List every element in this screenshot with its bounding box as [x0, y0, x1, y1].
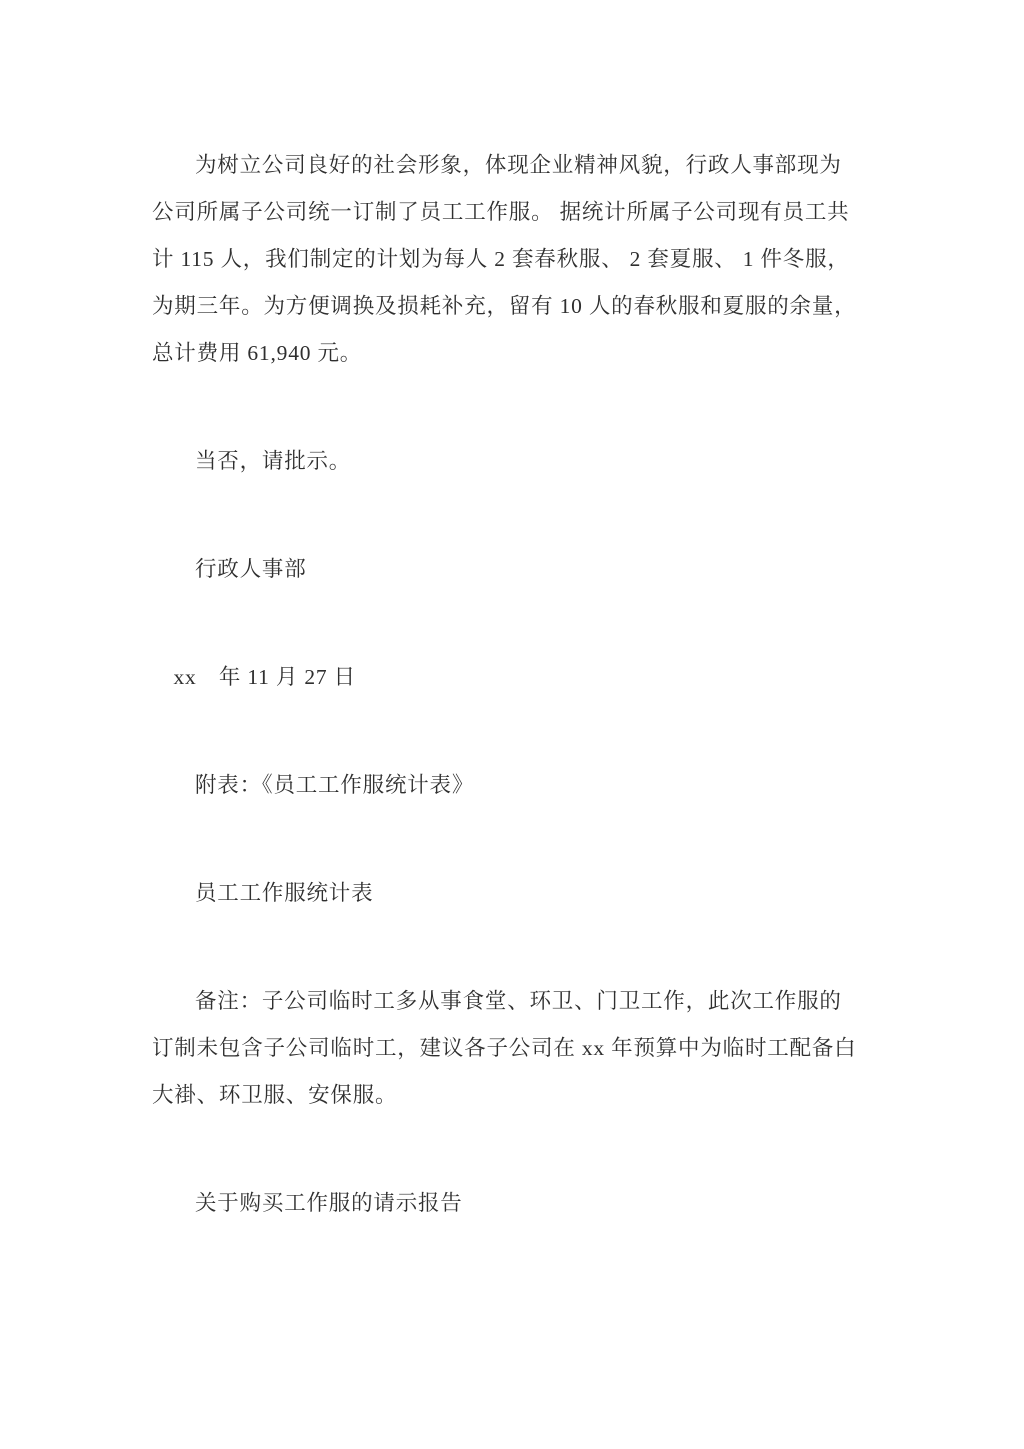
- attachment-note: 附表：《员工工作服统计表》: [152, 762, 858, 809]
- remark-paragraph: 备注：子公司临时工多从事食堂、环卫、门卫工作，此次工作服的订制未包含子公司临时工…: [152, 978, 858, 1119]
- document-body: 为树立公司良好的社会形象，体现企业精神风貌，行政人事部现为公司所属子公司统一订制…: [152, 142, 858, 1227]
- report-title: 关于购买工作服的请示报告: [152, 1180, 858, 1227]
- signature-date: xx 年 11 月 27 日: [152, 654, 858, 701]
- statistics-table-title: 员工工作服统计表: [152, 870, 858, 917]
- document-page: 为树立公司良好的社会形象，体现企业精神风貌，行政人事部现为公司所属子公司统一订制…: [0, 0, 1024, 1449]
- body-paragraph-uniform-plan: 为树立公司良好的社会形象，体现企业精神风貌，行政人事部现为公司所属子公司统一订制…: [152, 142, 858, 377]
- signature-department: 行政人事部: [152, 546, 858, 593]
- approval-request-line: 当否，请批示。: [152, 438, 858, 485]
